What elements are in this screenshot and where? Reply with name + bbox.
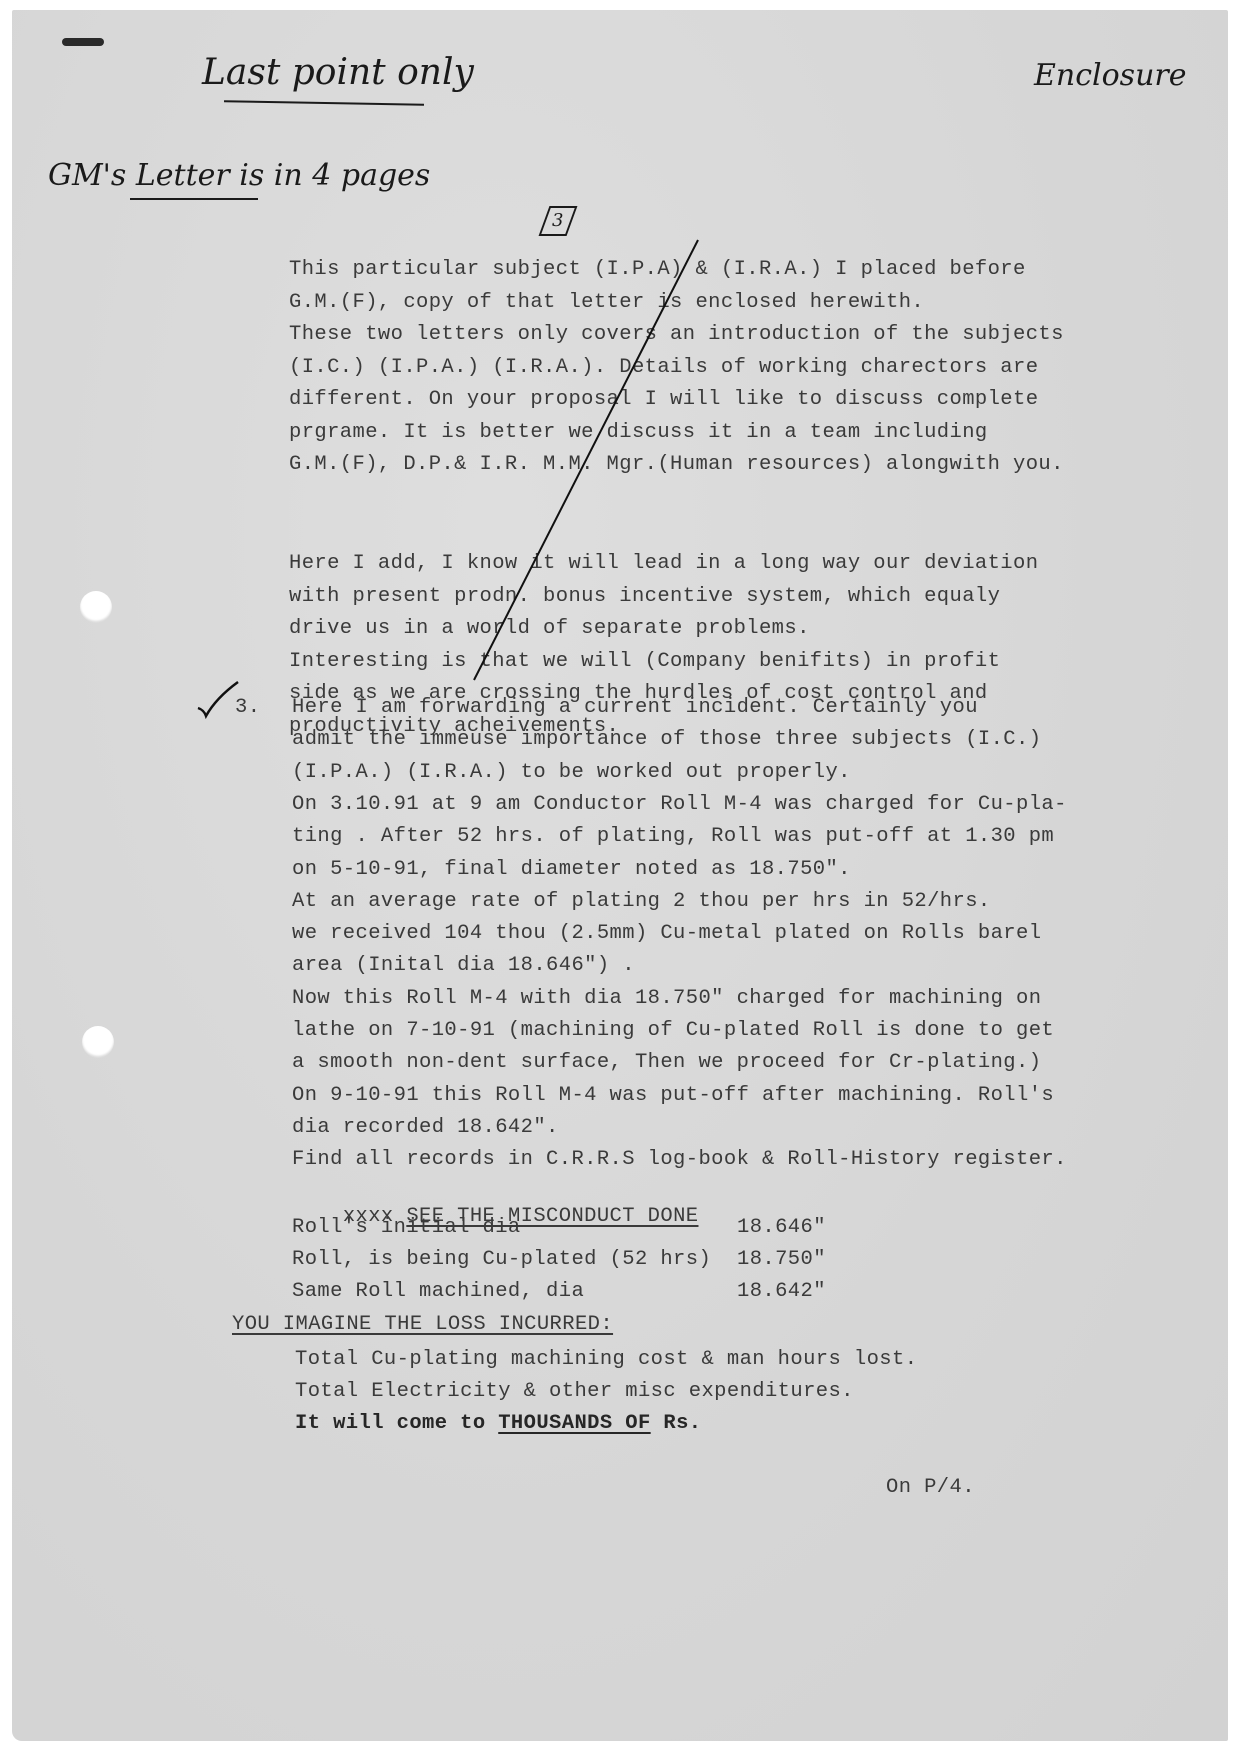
scanned-page: Last point only Enclosure GM's Letter is…: [12, 10, 1228, 1741]
handwritten-strike-line: [12, 10, 1228, 1741]
